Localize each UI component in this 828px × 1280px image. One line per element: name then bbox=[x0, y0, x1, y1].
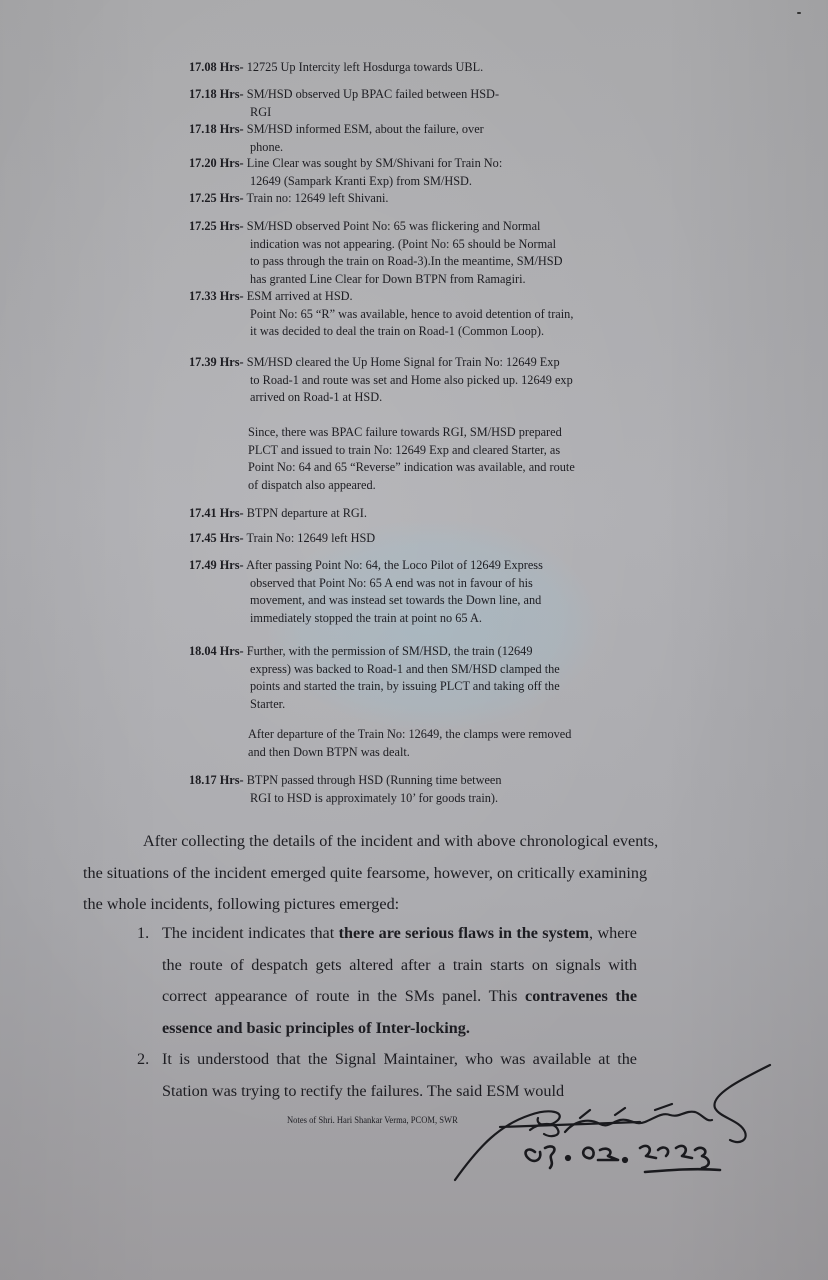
summary-paragraph: After collecting the details of the inci… bbox=[83, 826, 713, 921]
timeline-entry: 17.39 Hrs- SM/HSD cleared the Up Home Si… bbox=[189, 354, 629, 407]
entry-text-cont: to pass through the train on Road-3).In … bbox=[189, 253, 629, 271]
list-number: 2. bbox=[137, 1044, 149, 1076]
entry-text: Train no: 12649 left Shivani. bbox=[247, 191, 389, 205]
paper-speck bbox=[797, 12, 801, 14]
paragraph-line: the whole incidents, following pictures … bbox=[83, 889, 713, 921]
entry-time: 18.04 Hrs- bbox=[189, 644, 244, 658]
timeline-entry: 17.45 Hrs- Train No: 12649 left HSD bbox=[189, 530, 629, 548]
entry-time: 17.41 Hrs- bbox=[189, 506, 244, 520]
entry-time: 17.20 Hrs- bbox=[189, 156, 244, 170]
entry-text-cont: movement, and was instead set towards th… bbox=[189, 592, 629, 610]
entry-text: SM/HSD informed ESM, about the failure, … bbox=[247, 122, 484, 136]
timeline-entry: 18.04 Hrs- Further, with the permission … bbox=[189, 643, 629, 713]
entry-time: 17.08 Hrs- bbox=[189, 60, 244, 74]
handwritten-signature bbox=[440, 1060, 780, 1190]
entry-text: ESM arrived at HSD. bbox=[247, 289, 353, 303]
entry-text-cont: arrived on Road-1 at HSD. bbox=[189, 389, 629, 407]
entry-time: 17.18 Hrs- bbox=[189, 122, 244, 136]
timeline-entry: 17.33 Hrs- ESM arrived at HSD. Point No:… bbox=[189, 288, 629, 341]
entry-text-cont: RGI bbox=[189, 104, 629, 122]
entry-text: 12725 Up Intercity left Hosdurga towards… bbox=[247, 60, 483, 74]
timeline-entry: 17.41 Hrs- BTPN departure at RGI. bbox=[189, 505, 629, 523]
entry-text: Further, with the permission of SM/HSD, … bbox=[247, 644, 533, 658]
timeline-note: Since, there was BPAC failure towards RG… bbox=[248, 424, 613, 494]
note-line: Point No: 64 and 65 “Reverse” indication… bbox=[248, 459, 613, 477]
entry-text-cont: RGI to HSD is approximately 10’ for good… bbox=[189, 790, 629, 808]
note-line: After departure of the Train No: 12649, … bbox=[248, 726, 613, 744]
timeline-entry: 18.17 Hrs- BTPN passed through HSD (Runn… bbox=[189, 772, 629, 807]
footer-note: Notes of Shri. Hari Shankar Verma, PCOM,… bbox=[287, 1116, 458, 1126]
entry-text: SM/HSD cleared the Up Home Signal for Tr… bbox=[247, 355, 560, 369]
entry-time: 17.49 Hrs- bbox=[189, 558, 244, 572]
entry-time: 17.33 Hrs- bbox=[189, 289, 244, 303]
finding-emphasis: there are serious flaws in the system bbox=[339, 924, 589, 942]
entry-text: BTPN departure at RGI. bbox=[247, 506, 367, 520]
timeline-entry: 17.49 Hrs- After passing Point No: 64, t… bbox=[189, 557, 629, 627]
entry-time: 17.39 Hrs- bbox=[189, 355, 244, 369]
timeline-entry: 17.18 Hrs- SM/HSD informed ESM, about th… bbox=[189, 121, 629, 156]
timeline-entry: 17.25 Hrs- Train no: 12649 left Shivani. bbox=[189, 190, 629, 208]
timeline-entry: 17.25 Hrs- SM/HSD observed Point No: 65 … bbox=[189, 218, 629, 288]
entry-text-cont: points and started the train, by issuing… bbox=[189, 678, 629, 696]
entry-text-cont: indication was not appearing. (Point No:… bbox=[189, 236, 629, 254]
entry-time: 17.25 Hrs- bbox=[189, 219, 244, 233]
entry-text-cont: observed that Point No: 65 A end was not… bbox=[189, 575, 629, 593]
entry-time: 17.25 Hrs- bbox=[189, 191, 244, 205]
entry-text-cont: it was decided to deal the train on Road… bbox=[189, 323, 629, 341]
timeline-entry: 17.20 Hrs- Line Clear was sought by SM/S… bbox=[189, 155, 629, 190]
note-line: and then Down BTPN was dealt. bbox=[248, 744, 613, 762]
entry-text: BTPN passed through HSD (Running time be… bbox=[247, 773, 502, 787]
entry-text-cont: 12649 (Sampark Kranti Exp) from SM/HSD. bbox=[189, 173, 629, 191]
timeline-note: After departure of the Train No: 12649, … bbox=[248, 726, 613, 761]
entry-text-cont: Starter. bbox=[189, 696, 629, 714]
list-number: 1. bbox=[137, 918, 149, 950]
entry-text-cont: phone. bbox=[189, 139, 629, 157]
finding-item: 1. The incident indicates that there are… bbox=[137, 918, 637, 1044]
note-line: of dispatch also appeared. bbox=[248, 477, 613, 495]
entry-text: After passing Point No: 64, the Loco Pil… bbox=[246, 558, 543, 572]
entry-time: 17.45 Hrs- bbox=[189, 531, 244, 545]
entry-text: Train No: 12649 left HSD bbox=[247, 531, 376, 545]
entry-text-cont: Point No: 65 “R” was available, hence to… bbox=[189, 306, 629, 324]
entry-text: SM/HSD observed Point No: 65 was flicker… bbox=[247, 219, 541, 233]
note-line: Since, there was BPAC failure towards RG… bbox=[248, 424, 613, 442]
entry-time: 17.18 Hrs- bbox=[189, 87, 244, 101]
timeline-entry: 17.18 Hrs- SM/HSD observed Up BPAC faile… bbox=[189, 86, 629, 121]
paragraph-line: the situations of the incident emerged q… bbox=[83, 858, 713, 890]
entry-text-cont: immediately stopped the train at point n… bbox=[189, 610, 629, 628]
timeline-entry: 17.08 Hrs- 12725 Up Intercity left Hosdu… bbox=[189, 59, 629, 77]
entry-text: Line Clear was sought by SM/Shivani for … bbox=[247, 156, 503, 170]
note-line: PLCT and issued to train No: 12649 Exp a… bbox=[248, 442, 613, 460]
entry-text: SM/HSD observed Up BPAC failed between H… bbox=[247, 87, 499, 101]
entry-text-cont: to Road-1 and route was set and Home als… bbox=[189, 372, 629, 390]
entry-time: 18.17 Hrs- bbox=[189, 773, 244, 787]
entry-text-cont: has granted Line Clear for Down BTPN fro… bbox=[189, 271, 629, 289]
entry-text-cont: express) was backed to Road-1 and then S… bbox=[189, 661, 629, 679]
paragraph-line: After collecting the details of the inci… bbox=[83, 826, 713, 858]
finding-text: The incident indicates that bbox=[162, 924, 339, 942]
